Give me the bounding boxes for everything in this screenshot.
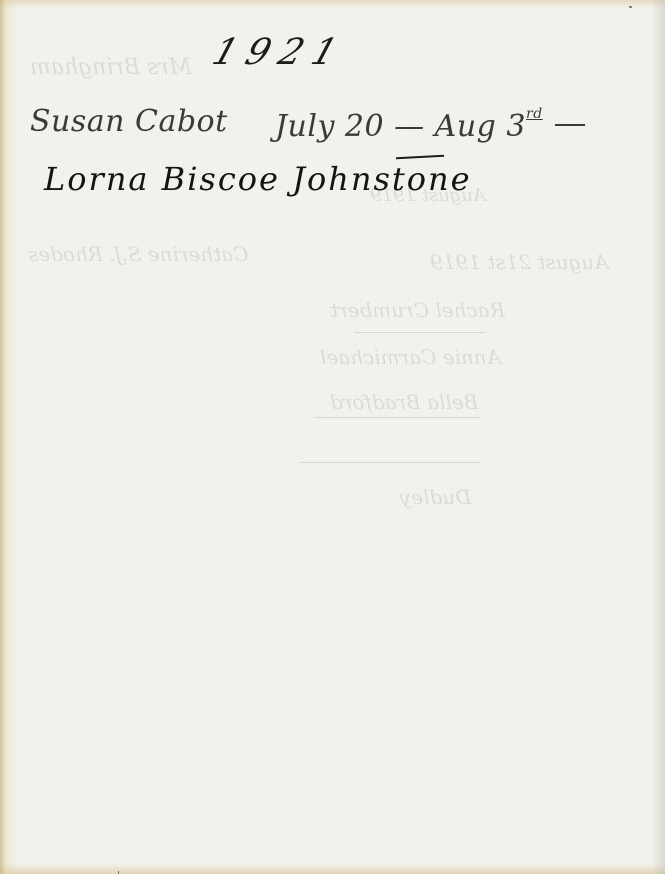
bleed-through-underline: [355, 332, 485, 333]
bleed-through-underline: [300, 462, 480, 463]
t-cross-stroke: [396, 155, 444, 159]
document-page: Mrs Bringham August 1919 Catherine S.J. …: [0, 0, 665, 874]
bleed-through-text: Dudley: [400, 485, 471, 509]
date-underline: [555, 124, 585, 126]
guest-name-2-first: Lorna Biscoe: [44, 160, 280, 198]
bleed-through-text: Catherine S.J. Rhodes: [28, 242, 248, 266]
bleed-through-text: August 21st 1919: [430, 250, 609, 274]
paper-speck: [629, 6, 632, 8]
guest-dates-1: July 20 — Aug 3rd: [275, 106, 543, 144]
bleed-through-text: Annie Carmichael: [320, 345, 501, 369]
guest-name-2: Lorna Biscoe Johnstone: [44, 160, 472, 198]
bleed-through-text: Mrs Bringham: [30, 55, 191, 80]
guest-name-2-last: Johnstone: [292, 160, 471, 198]
bleed-through-underline: [315, 417, 480, 418]
bleed-through-text: Bella Bradford: [330, 390, 478, 414]
date-suffix: rd: [526, 106, 543, 122]
guest-name-1: Susan Cabot: [30, 104, 228, 139]
bleed-through-text: Rachel Crumbert: [330, 298, 505, 322]
year-heading: 1921: [207, 32, 352, 73]
date-range: July 20 — Aug 3: [275, 109, 526, 144]
